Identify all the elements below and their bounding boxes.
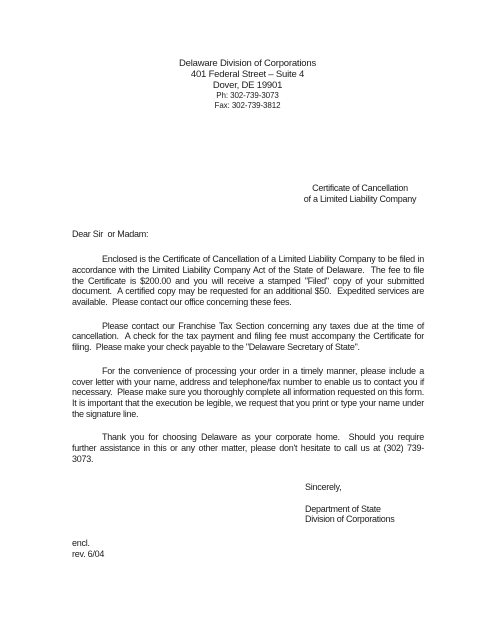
letterhead-org: Delaware Division of Corporations [0, 58, 495, 69]
letterhead-city-state-zip: Dover, DE 19901 [0, 80, 495, 91]
letterhead-fax: Fax: 302-739-3812 [0, 101, 495, 111]
subject-line-2: of a Limited Liability Company [285, 194, 435, 205]
paragraph-filing-fees: Enclosed is the Certificate of Cancellat… [72, 254, 424, 308]
salutation: Dear Sir or Madam: [72, 229, 424, 240]
signature-org-line-2: Division of Corporations [305, 514, 395, 525]
paragraph-cover-letter: For the convenience of processing your o… [72, 366, 424, 420]
enclosure-notation: encl. [72, 538, 104, 549]
closing-block: Sincerely, Department of State Division … [305, 482, 395, 525]
revision-notation: rev. 6/04 [72, 549, 104, 560]
paragraph-thank-you: Thank you for choosing Delaware as your … [72, 432, 424, 464]
letter-page: Delaware Division of Corporations 401 Fe… [0, 0, 495, 640]
letterhead-street: 401 Federal Street – Suite 4 [0, 69, 495, 80]
letter-body: Dear Sir or Madam: Enclosed is the Certi… [72, 229, 424, 477]
letterhead: Delaware Division of Corporations 401 Fe… [0, 58, 495, 111]
subject-line-1: Certificate of Cancellation [285, 183, 435, 194]
subject-block: Certificate of Cancellation of a Limited… [285, 183, 435, 205]
signature-org: Department of State Division of Corporat… [305, 504, 395, 525]
letterhead-phone: Ph: 302-739-3073 [0, 91, 495, 101]
valediction: Sincerely, [305, 482, 395, 493]
signature-org-line-1: Department of State [305, 504, 395, 515]
paragraph-franchise-tax: Please contact our Franchise Tax Section… [72, 321, 424, 353]
footer-notes: encl. rev. 6/04 [72, 538, 104, 559]
